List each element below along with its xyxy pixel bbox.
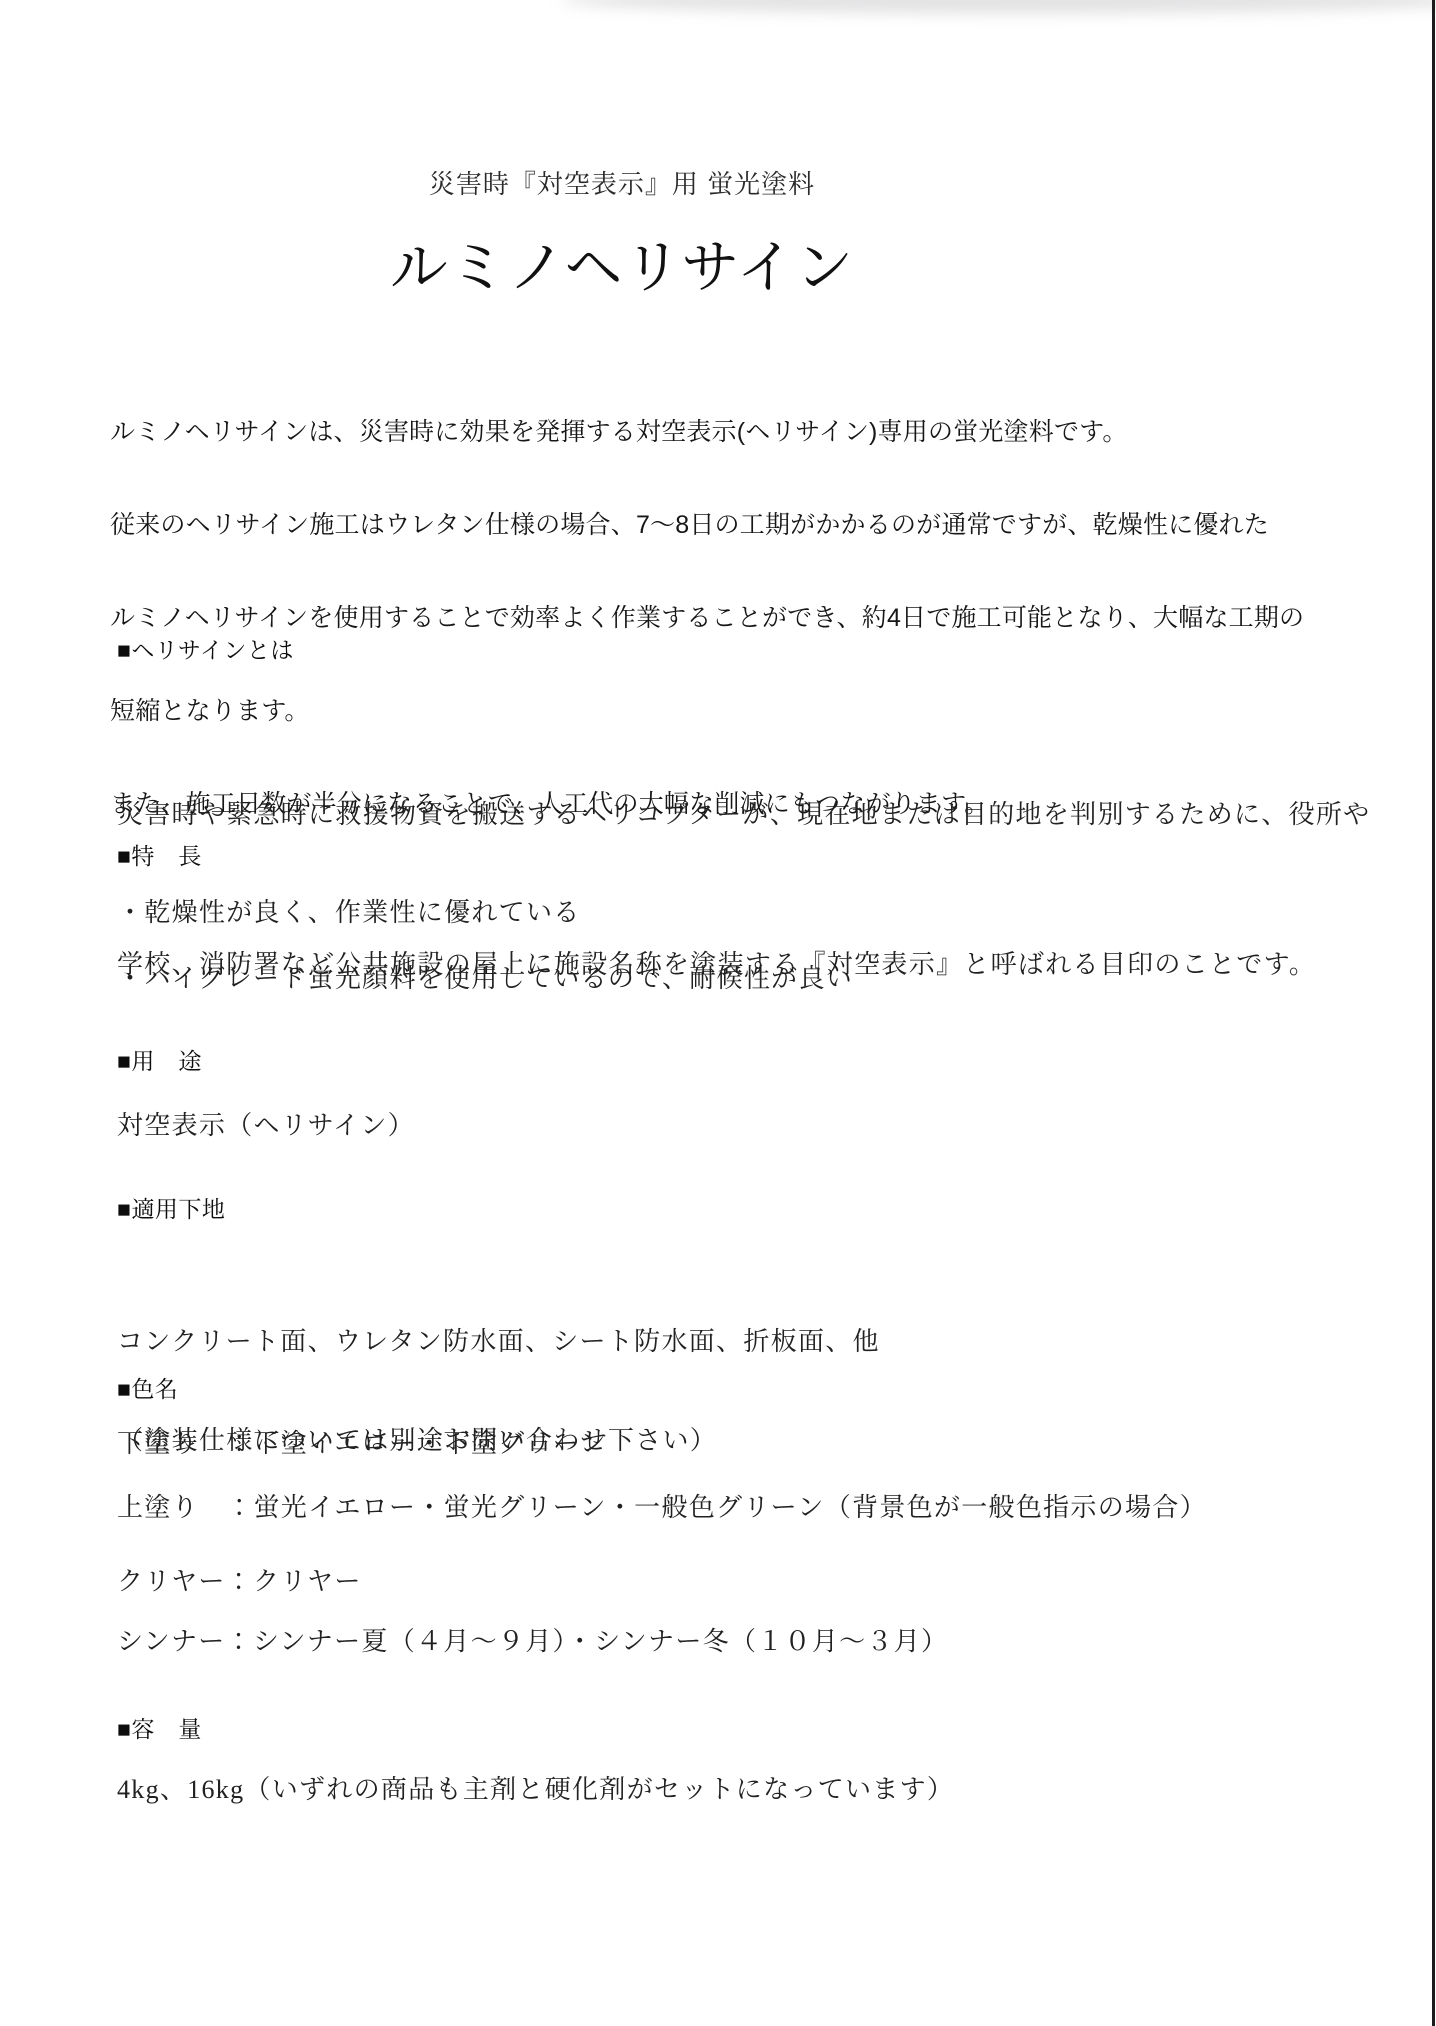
document-header: 災害時『対空表示』用 蛍光塗料 ルミノヘリサイン (110, 168, 1134, 300)
substrates-line: コンクリート面、ウレタン防水面、シート防水面、折板面、他 (117, 1325, 880, 1358)
section-heading-about: ■ヘリサインとは (117, 637, 294, 664)
section-body-usage: 対空表示（ヘリサイン） (117, 1110, 415, 1142)
intro-line: ルミノヘリサインを使用することで効率よく作業することができ、約4日で施工可能とな… (110, 603, 1304, 634)
section-heading-features: ■特 長 (117, 843, 202, 870)
intro-line: 従来のヘリサイン施工はウレタン仕様の場合、7〜8日の工期がかかるのが通常ですが、… (110, 510, 1304, 541)
product-category-subtitle: 災害時『対空表示』用 蛍光塗料 (110, 168, 1134, 200)
color-item-topcoat: 上塗り ：蛍光イエロー・蛍光グリーン・一般色グリーン（背景色が一般色指示の場合） (117, 1492, 1207, 1524)
color-item-undercoat: 下塗り ：下塗イエロー・下塗グリーン (117, 1428, 607, 1460)
section-body-substrates: コンクリート面、ウレタン防水面、シート防水面、折板面、他 （塗装仕様については別… (117, 1259, 880, 1523)
about-line: 災害時や緊急時に救援物資を搬送するヘリコプターが、現在地または目的地を判別するた… (117, 790, 1370, 840)
feature-item: ・乾燥性が良く、作業性に優れている (117, 897, 581, 929)
section-heading-colors: ■色名 (117, 1376, 178, 1403)
feature-item: ・ハイグレード蛍光顔料を使用しているので、耐候性が良い (117, 963, 853, 995)
document-page: 災害時『対空表示』用 蛍光塗料 ルミノヘリサイン ルミノヘリサインは、災害時に効… (0, 0, 1436, 2026)
section-heading-usage: ■用 途 (117, 1048, 202, 1075)
section-body-volume: 4kg、16kg（いずれの商品も主剤と硬化剤がセットになっています） (117, 1774, 954, 1806)
section-heading-substrates: ■適用下地 (117, 1196, 225, 1223)
section-body-about: 災害時や緊急時に救援物資を搬送するヘリコプターが、現在地または目的地を判別するた… (117, 690, 1370, 1090)
scan-shadow (560, 0, 1436, 14)
color-item-thinner: シンナー：シンナー夏（４月〜９月）・シンナー冬（１０月〜３月） (117, 1626, 948, 1658)
section-heading-volume: ■容 量 (117, 1716, 202, 1743)
page-edge-line (1432, 0, 1435, 2026)
product-title: ルミノヘリサイン (110, 236, 1134, 300)
color-item-clear: クリヤー：クリヤー (117, 1566, 362, 1598)
intro-line: ルミノヘリサインは、災害時に効果を発揮する対空表示(ヘリサイン)専用の蛍光塗料で… (110, 417, 1304, 448)
